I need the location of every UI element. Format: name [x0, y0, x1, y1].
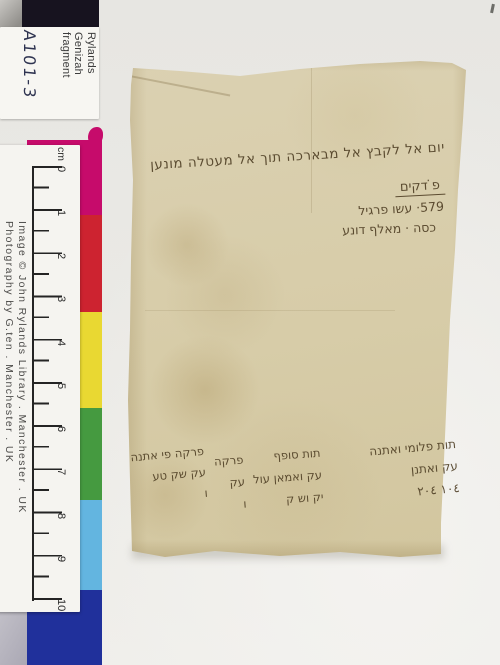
manuscript-bottom-column-3: פרקה עק ו — [201, 449, 248, 518]
crease-line — [311, 63, 312, 213]
ruler-number-3: 3 — [55, 296, 67, 302]
manuscript-top-line-2-underlined: פ̇ דקים — [395, 178, 446, 198]
column-line: פרקה — [201, 449, 244, 474]
manuscript-bottom-column-4: פרקה פי אתנה עק שק טע ו — [131, 441, 208, 510]
ruler-number-2: 2 — [55, 253, 67, 259]
handwritten-shelfmark: A101-3 — [20, 29, 39, 113]
label-line-2: Genizah — [72, 32, 85, 102]
black-film-patch — [22, 0, 99, 27]
manuscript-bottom-column-2: תות סופף עק ואמאן עול יק וש ק — [254, 442, 324, 512]
ruler-unit-label: cm — [55, 147, 67, 161]
manuscript-top-line-4: כסה · מאלף דונע — [348, 219, 436, 237]
label-line-3: fragment — [60, 32, 73, 102]
ruler-number-0: 0 — [55, 166, 67, 172]
top-right-edge-mark — [490, 4, 495, 13]
ruler-number-4: 4 — [55, 340, 67, 346]
label-line-1: Rylands — [85, 32, 98, 102]
column-line: ו — [204, 493, 247, 518]
ruler-number-6: 6 — [55, 426, 67, 432]
photo-mount-corner — [0, 604, 27, 665]
manuscript-bottom-column-1: תות פלומי ואתנה עק ואתנן ١٠٤ ٢٠٤ — [361, 433, 460, 507]
photograph-of-genizah-fragment: Rylands Genizah fragment A101-3 cm 0 1 2… — [0, 0, 500, 665]
ruler-number-8: 8 — [55, 513, 67, 519]
ruler-number-10: 10 — [55, 599, 67, 611]
ruler-ticks-half-cm — [32, 166, 49, 601]
column-line: יק וש ק — [257, 486, 324, 513]
library-label-text: Rylands Genizah fragment — [60, 32, 98, 102]
copyright-line: Image © John Rylands Library . Mancheste… — [15, 221, 28, 581]
ruler-number-1: 1 — [55, 210, 67, 216]
ruler-number-5: 5 — [55, 383, 67, 389]
ruler-number-7: 7 — [55, 469, 67, 475]
crease-line — [145, 310, 395, 311]
crease-line — [132, 75, 230, 96]
column-line: עק — [202, 471, 245, 496]
photography-line: Photography by G.ten . Manchester . UK — [2, 221, 15, 581]
ruler-number-9: 9 — [55, 556, 67, 562]
credit-lines: Image © John Rylands Library . Mancheste… — [2, 221, 28, 581]
